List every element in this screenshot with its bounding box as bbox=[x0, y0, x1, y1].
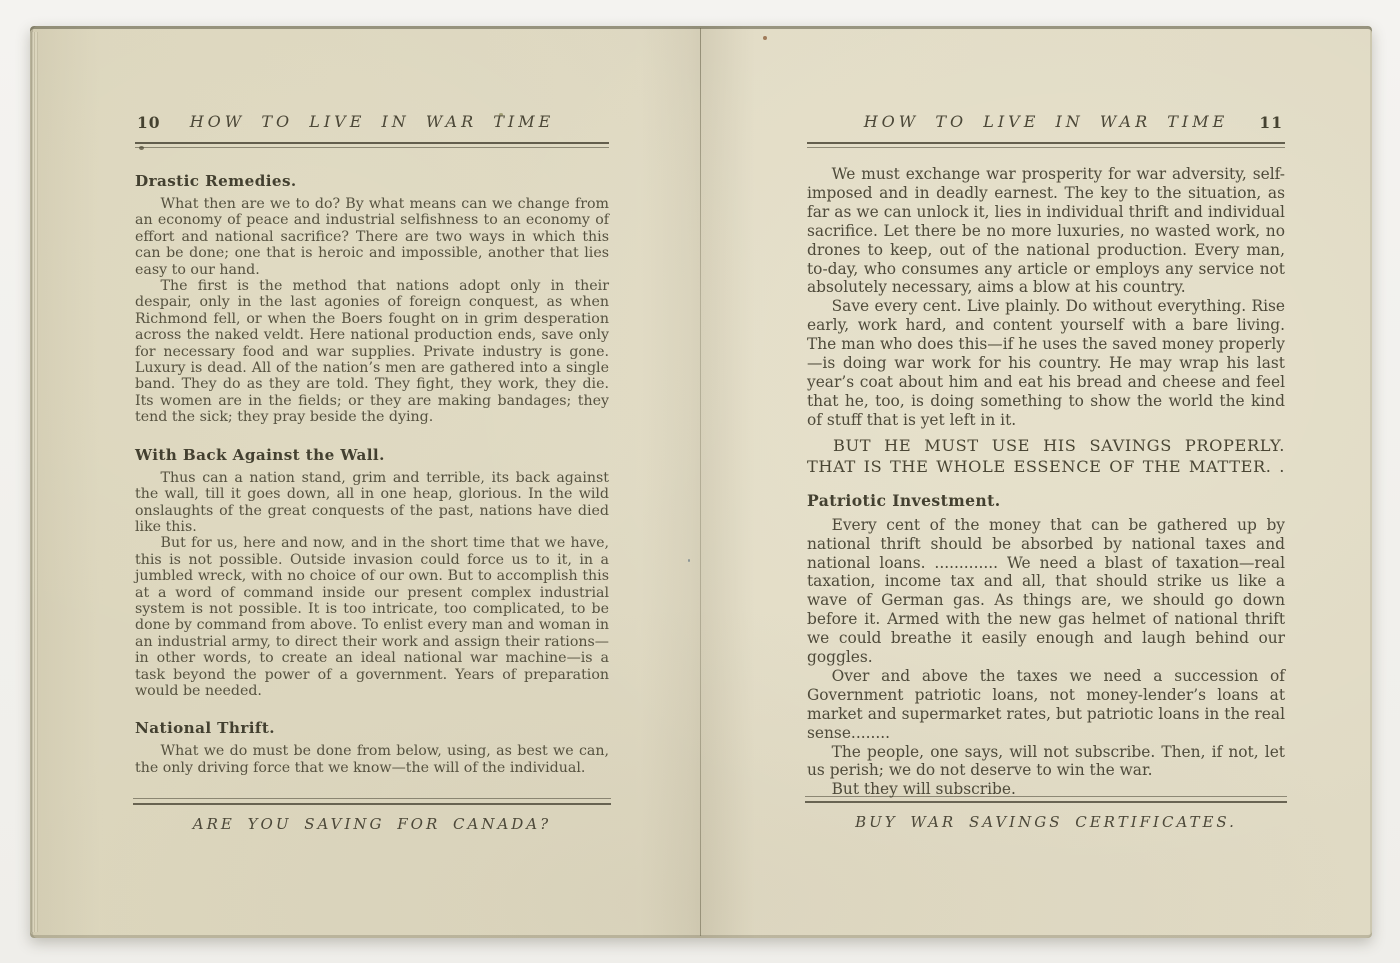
footer-slogan-left: ARE YOU SAVING FOR CANADA? bbox=[133, 815, 611, 833]
header-rule-right bbox=[807, 142, 1285, 148]
emphasis-paragraph: BUT HE MUST USE HIS SAVINGS PROPERLY. TH… bbox=[807, 435, 1285, 478]
paragraph: We must exchange war prosperity for war … bbox=[807, 165, 1285, 297]
section-heading-national-thrift: National Thrift. bbox=[135, 719, 609, 737]
footer-rule-right bbox=[805, 796, 1287, 803]
section-heading-patriotic-investment: Patriotic Investment. bbox=[807, 491, 1285, 510]
paragraph: Over and above the taxes we need a succe… bbox=[807, 667, 1285, 743]
section-heading-drastic-remedies: Drastic Remedies. bbox=[135, 172, 609, 190]
paragraph: What then are we to do? By what means ca… bbox=[135, 196, 609, 278]
emphasis-line: BUT HE MUST USE HIS SAVINGS PROPERLY. bbox=[807, 435, 1285, 457]
footer-slogan-right: BUY WAR SAVINGS CERTIFICATES. bbox=[805, 813, 1287, 831]
page-left-footer: ARE YOU SAVING FOR CANADA? bbox=[133, 798, 611, 833]
page-number-left: 10 bbox=[137, 113, 161, 132]
emphasis-line: THAT IS THE WHOLE ESSENCE OF THE MATTER.… bbox=[807, 456, 1285, 478]
scanner-background: 10 HOW TO LIVE IN WAR TIME Drastic Remed… bbox=[0, 0, 1400, 963]
page-right-header: HOW TO LIVE IN WAR TIME 11 bbox=[807, 112, 1285, 137]
center-fold-crease bbox=[700, 28, 701, 936]
paragraph: The first is the method that nations ado… bbox=[135, 278, 609, 426]
booklet-spread: 10 HOW TO LIVE IN WAR TIME Drastic Remed… bbox=[30, 26, 1372, 938]
running-title-left: HOW TO LIVE IN WAR TIME bbox=[135, 112, 609, 131]
paragraph: What we do must be done from below, usin… bbox=[135, 743, 609, 776]
paragraph: Every cent of the money that can be gath… bbox=[807, 516, 1285, 667]
running-title-right: HOW TO LIVE IN WAR TIME bbox=[807, 112, 1285, 131]
page-stack-edges bbox=[31, 32, 38, 932]
page-left-header: 10 HOW TO LIVE IN WAR TIME bbox=[135, 112, 609, 137]
section-heading-back-against-wall: With Back Against the Wall. bbox=[135, 446, 609, 464]
paragraph: But for us, here and now, and in the sho… bbox=[135, 535, 609, 699]
footer-rule-left bbox=[133, 798, 611, 805]
page-right-footer: BUY WAR SAVINGS CERTIFICATES. bbox=[805, 796, 1287, 831]
paragraph: The people, one says, will not subscribe… bbox=[807, 743, 1285, 781]
paragraph: Thus can a nation stand, grim and terrib… bbox=[135, 470, 609, 536]
paragraph: Save every cent. Live plainly. Do withou… bbox=[807, 297, 1285, 429]
page-right: HOW TO LIVE IN WAR TIME 11 We must excha… bbox=[807, 112, 1285, 799]
header-rule-left bbox=[135, 142, 609, 148]
page-left: 10 HOW TO LIVE IN WAR TIME Drastic Remed… bbox=[135, 112, 609, 776]
paper-speck bbox=[688, 559, 690, 562]
paper-speck bbox=[763, 36, 767, 40]
page-number-right: 11 bbox=[1259, 113, 1283, 132]
